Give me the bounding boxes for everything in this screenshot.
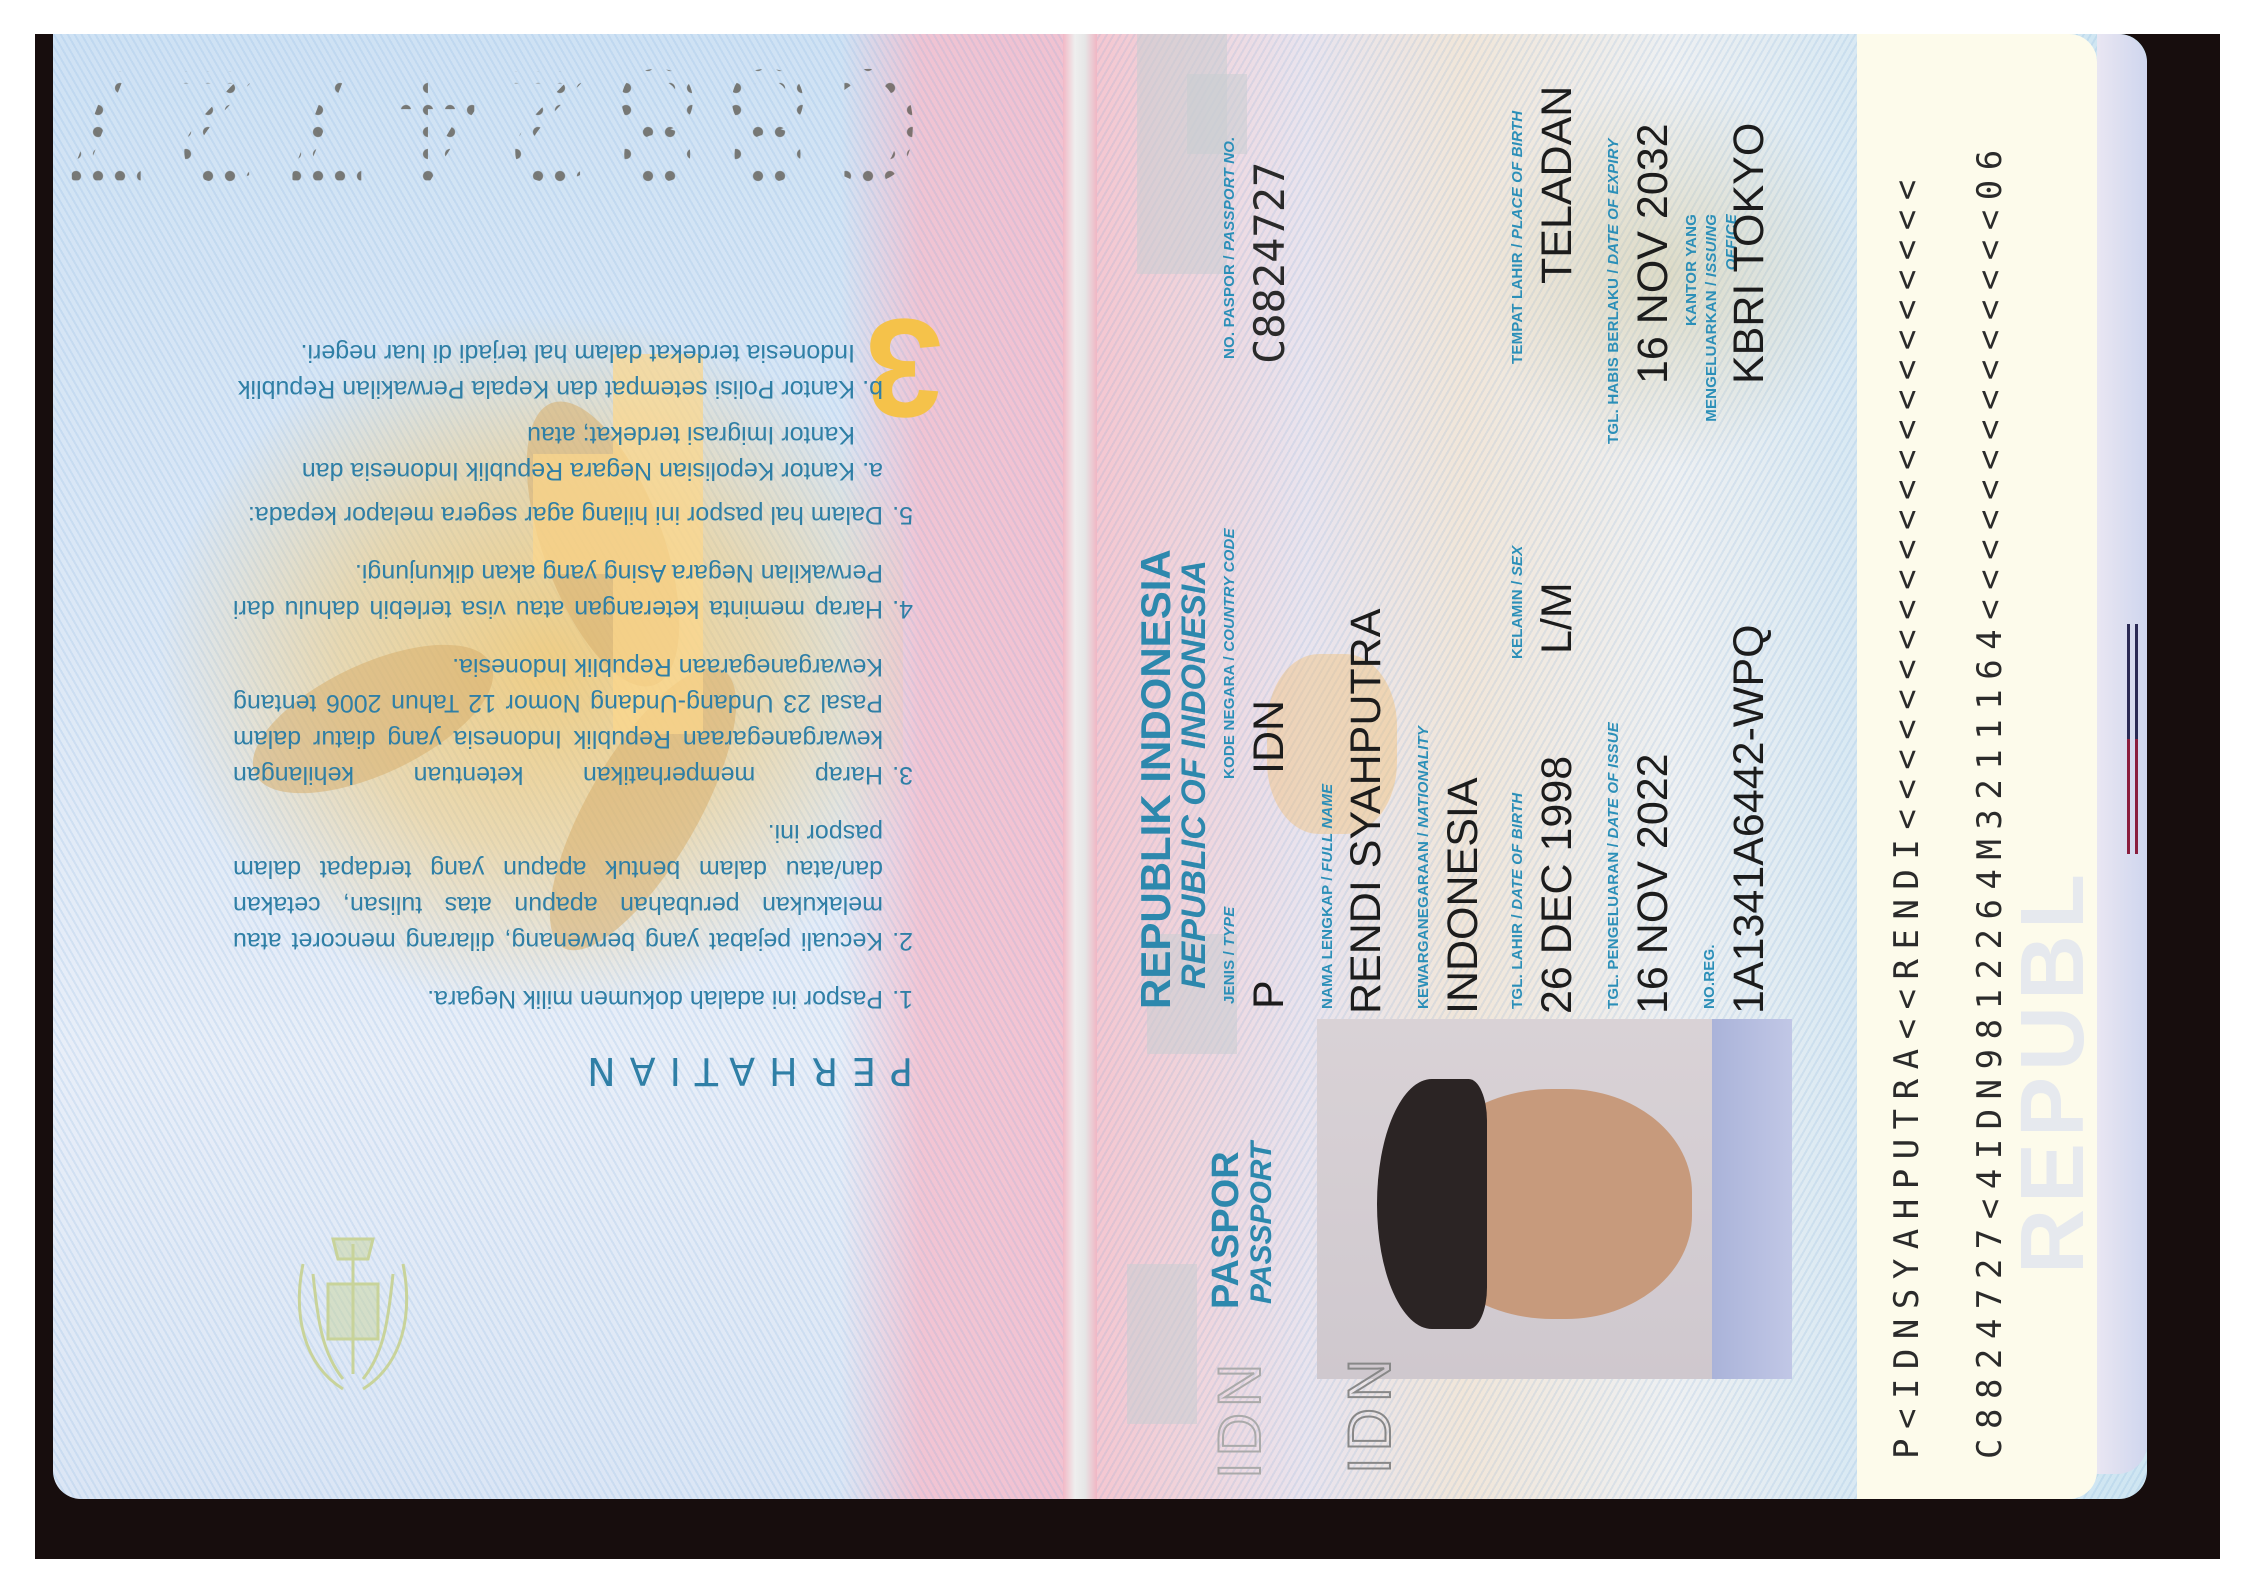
- type-label: JENIS / TYPE: [1221, 907, 1238, 1004]
- nationality-value: INDONESIA: [1439, 777, 1488, 1014]
- country-title-en: REPUBLIC OF INDONESIA: [1175, 560, 1214, 989]
- warning-item: 4.Harap meminta keterangan atau visa ter…: [233, 555, 913, 627]
- place-of-birth-value: TELADAN: [1533, 86, 1582, 284]
- date-of-expiry-value: 16 NOV 2032: [1629, 123, 1678, 384]
- full-name-label: NAMA LENGKAP / FULL NAME: [1319, 784, 1336, 1009]
- ghost-country-code: IDN: [1205, 1358, 1274, 1479]
- country-code-value: IDN: [1245, 700, 1294, 774]
- reg-no-value: 1A1341A6442-WPQ: [1725, 624, 1774, 1014]
- warning-sub-list: a.Kantor Kepolisian Negara Republik Indo…: [233, 335, 913, 489]
- place-of-birth-label: TEMPAT LAHIR / PLACE OF BIRTH: [1509, 111, 1526, 364]
- sex-value: L/M: [1533, 582, 1582, 654]
- flag-stripe-icon: [2127, 624, 2141, 854]
- date-of-expiry-label: TGL. HABIS BERLAKU / DATE OF EXPIRY: [1605, 138, 1622, 444]
- dob-label: TGL. LAHIR / DATE OF BIRTH: [1509, 793, 1526, 1009]
- date-of-issue-label: TGL. PENGELUARAN / DATE OF ISSUE: [1605, 722, 1622, 1009]
- left-page-rotated-content: C8824727 3 PERHATIAN 1.Paspor ini adalah…: [53, 34, 1063, 1499]
- sex-label: KELAMIN / SEX: [1509, 546, 1526, 659]
- country-code-label: KODE NEGARA / COUNTRY CODE: [1221, 528, 1238, 779]
- country-title: REPUBLIK INDONESIA: [1132, 549, 1180, 1009]
- passport-no-value: C8824727: [1245, 162, 1294, 364]
- passport-spine: [1063, 34, 1097, 1499]
- warning-item: 1.Paspor ini adalah dokumen milik Negara…: [233, 981, 913, 1017]
- photo-side-country-code: IDN: [1335, 1353, 1404, 1474]
- warning-title: PERHATIAN: [233, 1053, 913, 1089]
- warning-item: 3.Harap memperhatikan ketentuan kehilang…: [233, 649, 913, 793]
- issuing-office-value: KBRI TOKYO: [1725, 123, 1774, 384]
- warning-sub-item: b.Kantor Polisi setempat dan Kepala Perw…: [233, 335, 883, 407]
- passport-no-label: NO. PASPOR / PASSPORT NO.: [1221, 136, 1238, 359]
- warning-item: 5.Dalam hal paspor ini hilang agar seger…: [233, 497, 913, 533]
- republik-watermark: REPUBL: [2002, 868, 2105, 1274]
- warning-item: 2.Kecuali pejabat yang berwenang, dilara…: [233, 815, 913, 959]
- mrz-line-1: P<IDNSYAHPUTRA<<RENDI<<<<<<<<<<<<<<<<<<<…: [1887, 170, 1927, 1459]
- passport-data-page: REPUBL PASPOR PASSPORT IDN IDN REPUBLIK …: [1097, 34, 2147, 1499]
- type-value: P: [1245, 980, 1294, 1009]
- mrz-line-2: C8824727<4IDN9812264M3211164<<<<<<<<<<<<…: [1970, 140, 2010, 1459]
- warning-section: PERHATIAN 1.Paspor ini adalah dokumen mi…: [233, 325, 913, 1089]
- holder-photo: [1317, 1019, 1792, 1379]
- left-page-observations: C8824727 3 PERHATIAN 1.Paspor ini adalah…: [53, 34, 1063, 1499]
- perforated-passport-number: C8824727: [53, 35, 923, 209]
- reg-no-label: NO.REG.: [1701, 944, 1718, 1009]
- warning-sub-item: a.Kantor Kepolisian Negara Republik Indo…: [233, 417, 883, 489]
- garuda-emblem-icon: [273, 1224, 433, 1404]
- full-name-value: RENDI SYAHPUTRA: [1342, 609, 1391, 1014]
- date-of-issue-value: 16 NOV 2022: [1629, 753, 1678, 1014]
- dob-value: 26 DEC 1998: [1533, 756, 1582, 1014]
- doc-type-title-en: PASSPORT: [1245, 1142, 1279, 1304]
- doc-type-title: PASPOR: [1205, 1151, 1248, 1309]
- nationality-label: KEWARGANEGARAAN / NATIONALITY: [1415, 726, 1432, 1009]
